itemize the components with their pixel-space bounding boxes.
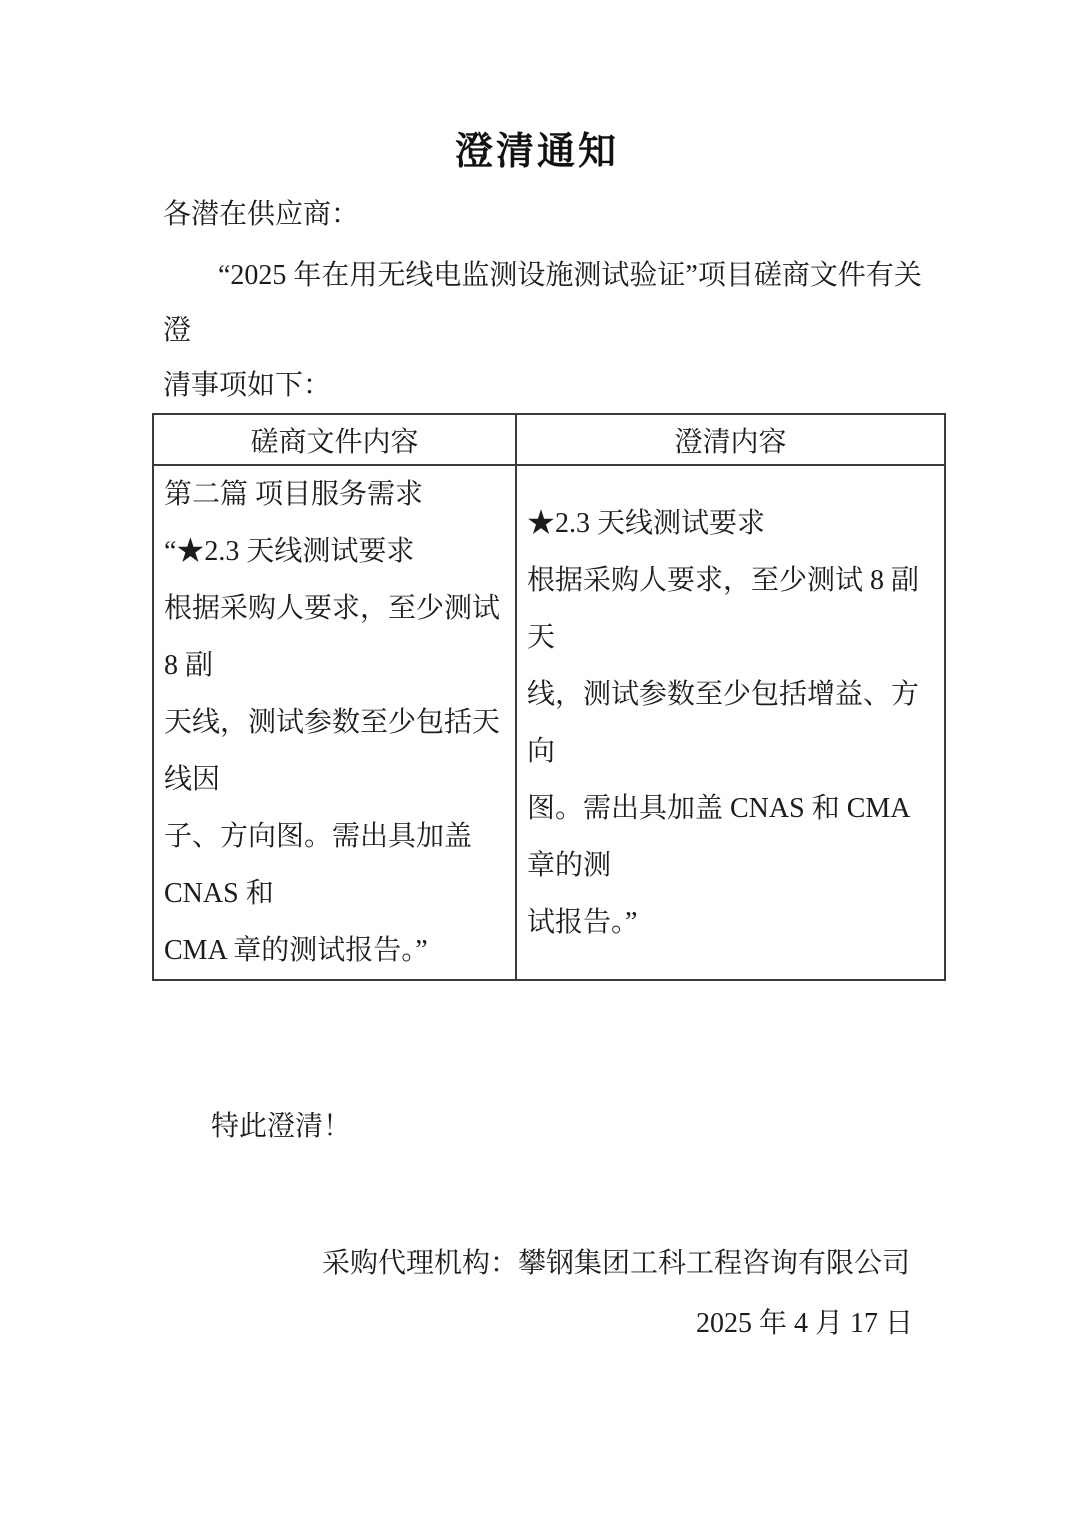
clarification-table: 磋商文件内容 澄清内容 第二篇 项目服务需求 “★2.3 天线测试要求 根据采购… [152, 413, 946, 981]
document-body: 各潜在供应商： “2025 年在用无线电监测设施测试验证”项目磋商文件有关澄 清… [152, 194, 946, 1345]
clarification-table-header: 磋商文件内容 澄清内容 [153, 414, 945, 465]
negotiation-document-content-cell: 第二篇 项目服务需求 “★2.3 天线测试要求 根据采购人要求，至少测试 8 副… [153, 465, 516, 980]
intro-paragraph: “2025 年在用无线电监测设施测试验证”项目磋商文件有关澄 清事项如下： [163, 248, 946, 413]
column-header-clarification-content: 澄清内容 [516, 414, 945, 465]
table-header-row: 磋商文件内容 澄清内容 [153, 414, 945, 465]
procurement-agency-line: 采购代理机构：攀钢集团工科工程咨询有限公司 [152, 1243, 910, 1285]
column-header-negotiation-content: 磋商文件内容 [153, 414, 516, 465]
clarification-content-cell: ★2.3 天线测试要求 根据采购人要求，至少测试 8 副天 线，测试参数至少包括… [516, 465, 945, 980]
clarification-table-body: 第二篇 项目服务需求 “★2.3 天线测试要求 根据采购人要求，至少测试 8 副… [153, 465, 945, 980]
document-page: 澄清通知 各潜在供应商： “2025 年在用无线电监测设施测试验证”项目磋商文件… [0, 0, 1074, 1520]
table-row: 第二篇 项目服务需求 “★2.3 天线测试要求 根据采购人要求，至少测试 8 副… [153, 465, 945, 980]
closing-statement: 特此澄清！ [211, 1106, 946, 1148]
document-title: 澄清通知 [0, 128, 1074, 176]
date-line: 2025 年 4 月 17 日 [152, 1303, 913, 1345]
salutation-line: 各潜在供应商： [163, 194, 946, 236]
